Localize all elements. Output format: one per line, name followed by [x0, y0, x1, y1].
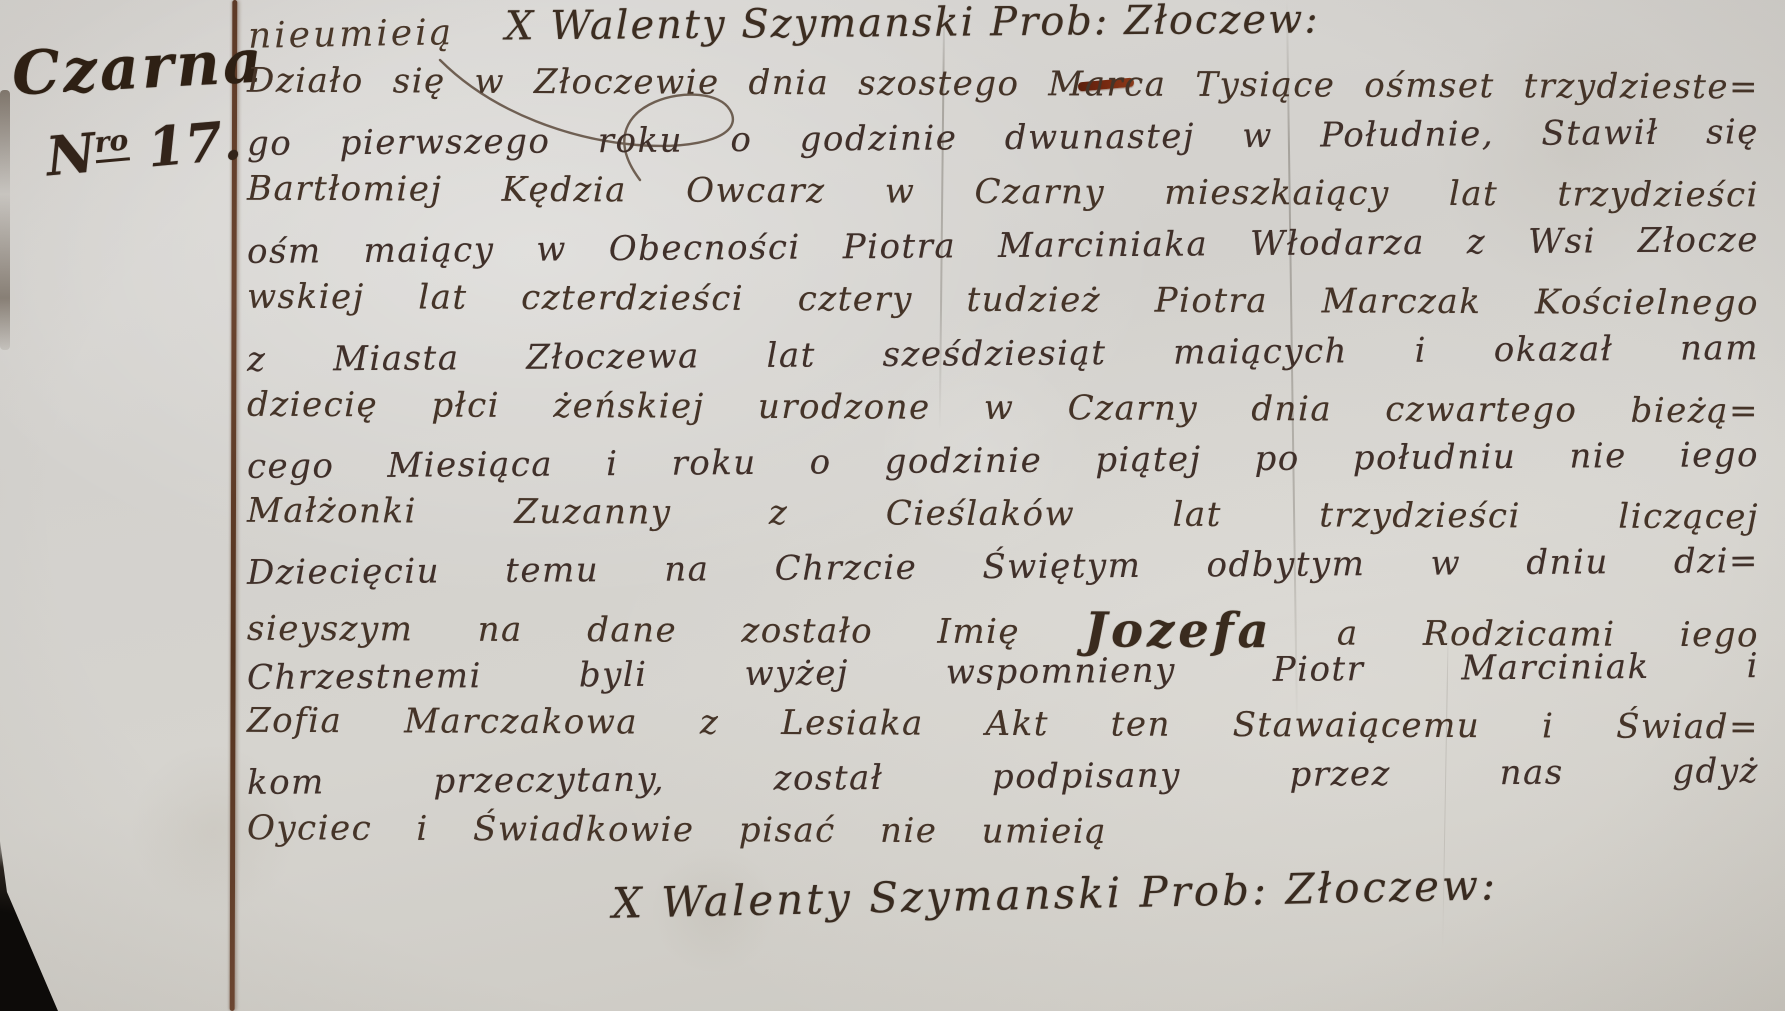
previous-record-priest-signature: X Walenty Szymanski Prob: Złoczew: [505, 0, 1320, 50]
scan-corner-shadow [0, 841, 58, 1011]
record-line: Dziecięciu temu na Chrzcie Świętym odbyt… [247, 541, 1759, 593]
previous-record-last-word: nieumieią [248, 12, 455, 57]
name-line-pre: sieyszym na dane zostało Imię [247, 609, 1020, 652]
closing-priest-signature: X Walenty Szymanski Prob: Złoczew: [612, 861, 1453, 928]
record-line: kom przeczytany, został podpisany przez … [247, 751, 1759, 803]
page-edge-smudge [0, 90, 10, 350]
record-line: Działo się w Złoczewie dnia szostego Mar… [247, 61, 1759, 108]
margin-place-name: Czarna [10, 28, 228, 109]
record-line: Chrzestnemi byli wyżej wspomnieny Piotr … [247, 646, 1759, 698]
record-line: ośm maiący w Obecności Piotra Marciniaka… [247, 220, 1759, 272]
register-page-scan: Czarna Nro 17. nieumieią X Walenty Szyma… [0, 0, 1785, 1011]
margin-number-superscript: ro [93, 123, 130, 163]
record-line: go pierwszego roku o godzinie dwunastej … [247, 112, 1759, 164]
record-line: Zofia Marczakowa z Lesiaka Akt ten Stawa… [247, 701, 1759, 748]
record-line: dziecię płci żeńskiej urodzone w Czarny … [247, 385, 1759, 432]
record-line: Małżonki Zuzanny z Cieślaków lat trzydzi… [247, 491, 1759, 538]
record-line: z Miasta Złoczewa lat sześdziesiąt maiąc… [247, 328, 1759, 380]
record-line: wskiej lat czterdzieści cztery tudzież P… [247, 277, 1759, 324]
margin-number-value: 17. [145, 108, 244, 180]
record-line: cego Miesiąca i roku o godzinie piątej p… [247, 435, 1759, 487]
record-line: Bartłomiej Kędzia Owcarz w Czarny mieszk… [247, 169, 1759, 216]
margin-record-number: Nro 17. [44, 108, 244, 189]
record-line: Oyciec i Świadkowie pisać nie umieią [247, 808, 1107, 852]
margin-number-prefix: N [44, 120, 99, 188]
